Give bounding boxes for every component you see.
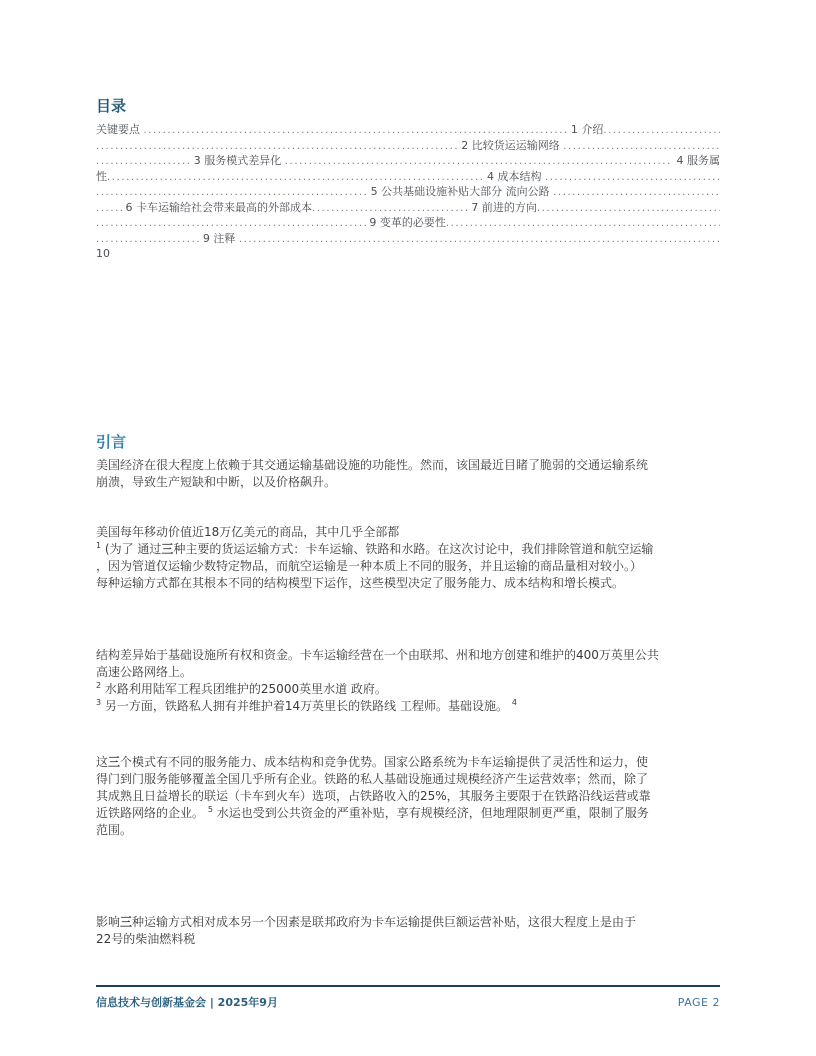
toc-line: 关键要点 ...................................…: [96, 122, 720, 138]
text-line: ，因为管道仅运输少数特定物品，而航空运输是一种本质上不同的服务，并且运输的商品量…: [96, 558, 720, 575]
body-text: 高速公路网络上。: [96, 665, 192, 679]
toc-leader-dots: ........................................…: [603, 123, 720, 138]
toc-leader-dots: ........................................…: [446, 216, 720, 231]
footer-org-date: 信息技术与创新基金会 | 2025年9月: [96, 994, 278, 1010]
paragraph: 美国经济在很大程度上依赖于其交通运输基础设施的功能性。然而，该国最近目睹了脆弱的…: [96, 457, 720, 491]
body-text: 影响: [96, 915, 120, 929]
paragraph: 结构差异始于基础设施所有权和资金。卡车运输经营在一个由联邦、州和地方创建和维护的…: [96, 647, 720, 715]
toc-leader-dots: ........................................…: [107, 170, 484, 185]
toc-line: 10: [96, 246, 720, 262]
toc-entry: 2 比较货运运输网络: [458, 138, 564, 154]
text-line: 2 水路利用陆军工程兵团维护的25000英里水道 政府。: [96, 681, 720, 698]
toc-section: 目录 关键要点 ................................…: [96, 97, 720, 262]
toc-line: ........................................…: [96, 200, 720, 216]
toc-leader-dots: ........................................…: [285, 154, 673, 169]
footer-page-number: PAGE 2: [678, 996, 720, 1009]
bold-text: 三: [108, 755, 120, 769]
body-text: 结构差异始于基础设施所有权和资金。卡车运输经营在一个由联邦、州和地方创建和维护的…: [96, 648, 659, 662]
text-line: 美国经济在很大程度上依赖于其交通运输基础设施的功能性。然而，该国最近目睹了脆弱的…: [96, 457, 720, 474]
body-text: 近铁路网络的企业。: [96, 806, 208, 820]
toc-leader-dots: ........................................…: [312, 201, 468, 216]
text-line: 影响三种运输方式相对成本另一个因素是联邦政府为卡车运输提供巨额运营补贴，这很大程…: [96, 914, 720, 931]
toc-line: ........................................…: [96, 184, 720, 200]
toc-entry: 9 变革的必要性: [366, 215, 446, 231]
toc-entry: 4 成本结构: [484, 169, 546, 185]
toc-line: ........................................…: [96, 138, 720, 154]
toc-leader-dots: ........................................…: [96, 185, 367, 200]
body-text: 范围。: [96, 823, 132, 837]
text-line: 每种运输方式都在其根本不同的结构模型下运作，这些模型决定了服务能力、成本结构和增…: [96, 575, 720, 592]
intro-paragraphs: 美国经济在很大程度上依赖于其交通运输基础设施的功能性。然而，该国最近目睹了脆弱的…: [96, 457, 720, 948]
text-line: 这三个模式有不同的服务能力、成本结构和竞争优势。国家公路系统为卡车运输提供了灵活…: [96, 754, 720, 771]
text-line: 崩溃，导致生产短缺和中断，以及价格飙升。: [96, 474, 720, 491]
toc-entry: 关键要点: [96, 122, 144, 138]
body-text: 另一方面，铁路私人拥有并维护着14万英里长的铁路线 工程师。基础设施。: [101, 699, 512, 713]
text-line: 结构差异始于基础设施所有权和资金。卡车运输经营在一个由联邦、州和地方创建和维护的…: [96, 647, 720, 664]
toc-line: ........................................…: [96, 215, 720, 231]
text-line: 得门到门服务能够覆盖全国几乎所有企业。铁路的私人基础设施通过规模经济产生运营效率…: [96, 771, 720, 788]
body-text: ，因为管道仅运输少数特定物品，而航空运输是一种本质上不同的服务，并且运输的商品量…: [96, 559, 642, 573]
bold-text: 三: [120, 915, 132, 929]
toc-leader-dots: ........................................…: [563, 139, 720, 154]
toc-leader-dots: ........................................…: [96, 154, 190, 169]
footer-divider: [96, 985, 720, 987]
toc-entry: 1 介绍: [567, 122, 603, 138]
toc-leader-dots: ........................................…: [553, 185, 720, 200]
toc-heading: 目录: [96, 97, 720, 115]
toc-leader-dots: ........................................…: [144, 123, 568, 138]
body-text: 种主要的货运运输方式：卡车运输、铁路和水路。在这次讨论中，我们排除管道和航空运输: [173, 542, 653, 556]
text-line: 范围。: [96, 822, 720, 839]
toc-entry: 3 服务模式差异化: [190, 153, 285, 169]
toc-entry: 性: [96, 169, 107, 185]
toc-lines: 关键要点 ...................................…: [96, 122, 720, 262]
toc-entry: 4 服务属: [673, 153, 720, 169]
footnote-marker: 4: [512, 698, 517, 707]
body-text: 水路利用陆军工程兵团维护的25000英里水道 政府。: [101, 682, 387, 696]
footer: 信息技术与创新基金会 | 2025年9月 PAGE 2: [96, 994, 720, 1010]
intro-section: 引言 美国经济在很大程度上依赖于其交通运输基础设施的功能性。然而，该国最近目睹了…: [96, 432, 720, 948]
text-line: 22号的柴油燃料税: [96, 931, 720, 948]
body-text: 每种运输方式都在其根本不同的结构模型下运作，这些模型决定了服务能力、成本结构和增…: [96, 576, 624, 590]
toc-leader-dots: ........................................…: [96, 216, 366, 231]
body-text: (为了 通过: [101, 542, 161, 556]
text-line: 美国每年移动价值近18万亿美元的商品，其中几乎全部都: [96, 524, 720, 541]
text-line: 其成熟且日益增长的联运（卡车到火车）选项，占铁路收入的25%，其服务主要限于在铁…: [96, 788, 720, 805]
toc-entry: 9 注释: [199, 231, 239, 247]
toc-leader-dots: ........................................…: [96, 232, 199, 247]
toc-entry: 10: [96, 246, 110, 262]
text-line: 1 (为了 通过三种主要的货运运输方式：卡车运输、铁路和水路。在这次讨论中，我们…: [96, 541, 720, 558]
toc-leader-dots: ........................................…: [96, 201, 122, 216]
intro-heading: 引言: [96, 432, 720, 452]
paragraph: 美国每年移动价值近18万亿美元的商品，其中几乎全部都1 (为了 通过三种主要的货…: [96, 524, 720, 592]
paragraph: 影响三种运输方式相对成本另一个因素是联邦政府为卡车运输提供巨额运营补贴，这很大程…: [96, 914, 720, 948]
toc-line: ........................................…: [96, 231, 720, 247]
toc-line: 性.......................................…: [96, 169, 720, 185]
text-line: 高速公路网络上。: [96, 664, 720, 681]
toc-leader-dots: ........................................…: [239, 232, 720, 247]
body-text: 水运也受到公共资金的严重补贴，享有规模经济，但地理限制更严重，限制了服务: [213, 806, 649, 820]
toc-leader-dots: ........................................…: [545, 170, 720, 185]
bold-text: 三: [161, 542, 173, 556]
body-text: 这: [96, 755, 108, 769]
body-text: 美国每年移动价值近18万亿美元的商品，其中几乎全部都: [96, 525, 399, 539]
toc-entry: 5 公共基础设施补贴大部分 流向公路: [367, 184, 553, 200]
paragraph: 这三个模式有不同的服务能力、成本结构和竞争优势。国家公路系统为卡车运输提供了灵活…: [96, 754, 720, 839]
toc-leader-dots: ........................................…: [537, 201, 720, 216]
body-text: 种运输方式相对成本另一个因素是联邦政府为卡车运输提供巨额运营补贴，这很大程度上是…: [132, 915, 636, 929]
body-text: 得门到门服务能够覆盖全国几乎所有企业。铁路的私人基础设施通过规模经济产生运营效率…: [96, 772, 648, 786]
body-text: 崩溃，导致生产短缺和中断，以及价格飙升。: [96, 475, 336, 489]
text-line: 近铁路网络的企业。 5 水运也受到公共资金的严重补贴，享有规模经济，但地理限制更…: [96, 805, 720, 822]
body-text: 美国经济在很大程度上依赖于其交通运输基础设施的功能性。然而，该国最近目睹了脆弱的…: [96, 458, 648, 472]
text-line: 3 另一方面，铁路私人拥有并维护着14万英里长的铁路线 工程师。基础设施。 4: [96, 698, 720, 715]
body-text: 个模式有不同的服务能力、成本结构和竞争优势。国家公路系统为卡车运输提供了灵活性和…: [120, 755, 648, 769]
toc-entry: 6 卡车运输给社会带来最高的外部成本: [122, 200, 312, 216]
toc-leader-dots: ........................................…: [96, 139, 458, 154]
body-text: 其成熟且日益增长的联运（卡车到火车）选项，占铁路收入的25%，其服务主要限于在铁…: [96, 789, 651, 803]
toc-line: ........................................…: [96, 153, 720, 169]
document-page: 目录 关键要点 ................................…: [0, 0, 816, 1056]
body-text: 22号的柴油燃料税: [96, 932, 195, 946]
toc-entry: 7 前进的方向: [468, 200, 537, 216]
